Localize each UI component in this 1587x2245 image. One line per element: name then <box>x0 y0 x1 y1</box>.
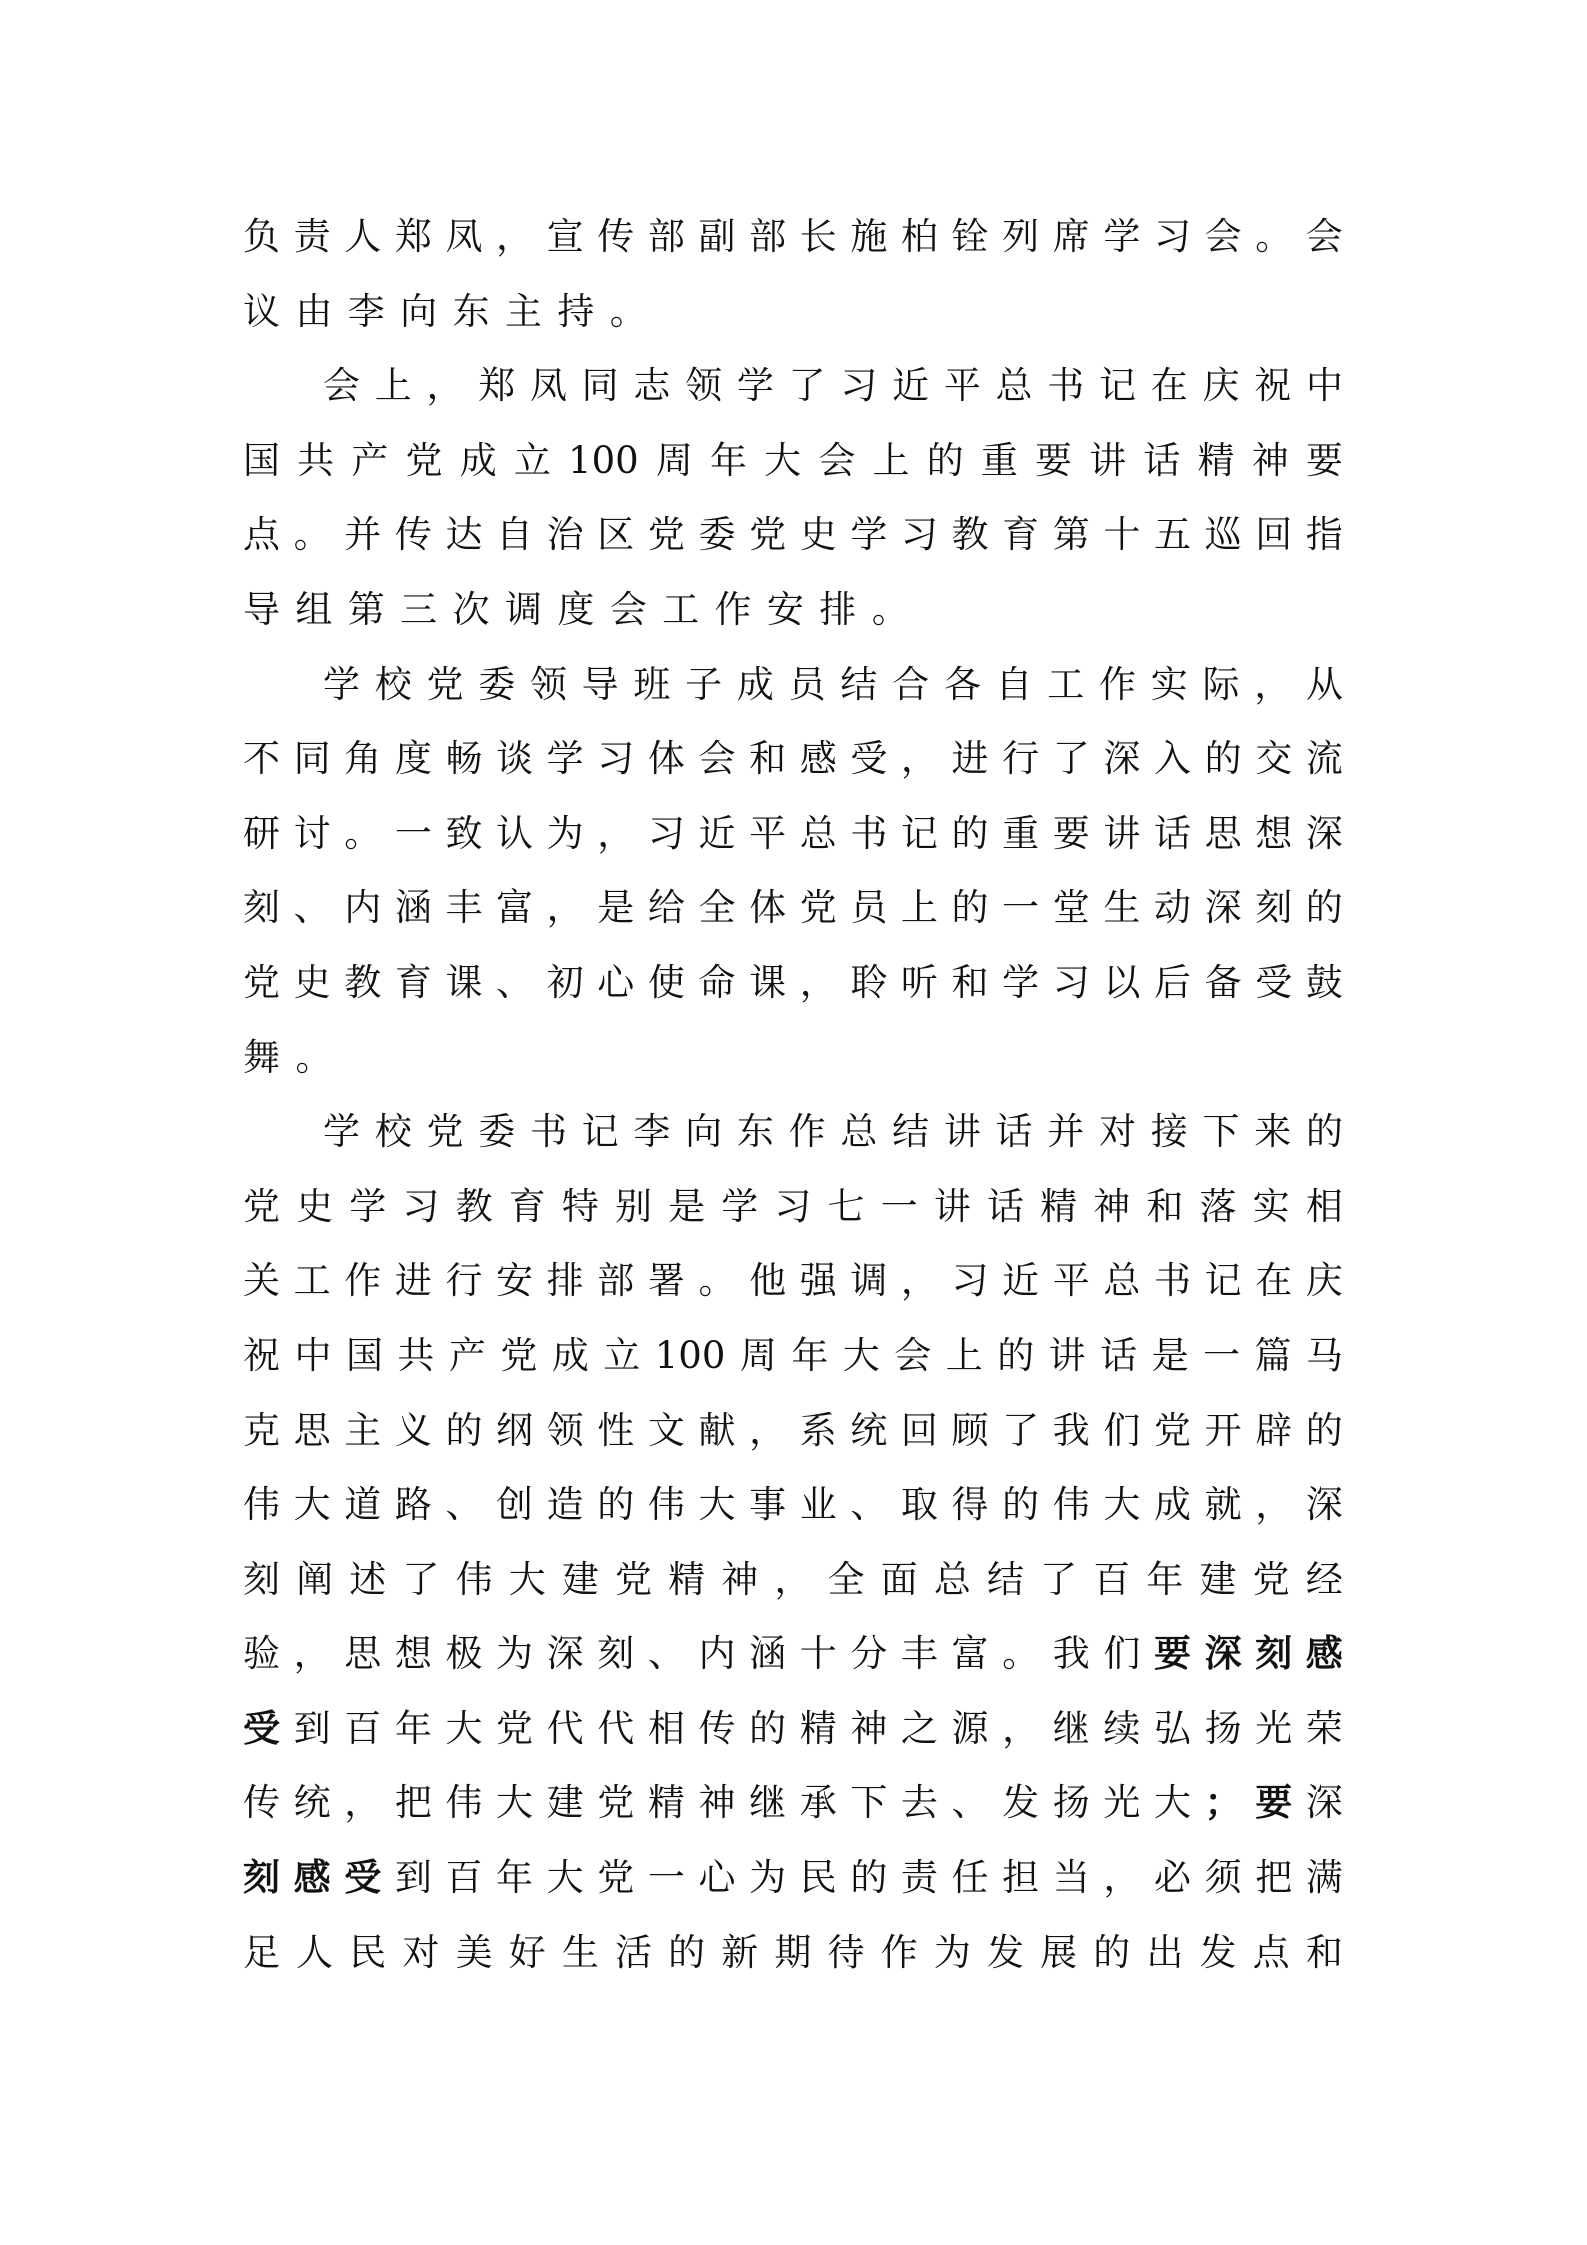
glyph: 深 <box>1306 797 1343 872</box>
glyph: 近 <box>698 797 735 872</box>
glyph: 学 <box>737 349 774 424</box>
glyph: 业 <box>800 1468 837 1543</box>
glyph: 部 <box>648 200 685 275</box>
glyph: 祝 <box>1254 349 1291 424</box>
text-line: 伟大道路、创造的伟大事业、取得的伟大成就，深 <box>243 1468 1343 1543</box>
glyph: 。 <box>295 1021 347 1096</box>
glyph: 不 <box>243 722 280 797</box>
glyph: 强 <box>800 1244 837 1319</box>
glyph: 党 <box>243 946 280 1021</box>
glyph: 同 <box>294 722 331 797</box>
glyph: 为 <box>547 797 584 872</box>
glyph: 思 <box>294 1394 331 1469</box>
glyph: 近 <box>1002 1244 1039 1319</box>
glyph: 实 <box>1253 1170 1290 1245</box>
emphasized-glyph: 刻 <box>243 1841 280 1916</box>
glyph: 大 <box>1154 1766 1191 1841</box>
glyph: 在 <box>1151 349 1188 424</box>
glyph: 大 <box>496 1766 533 1841</box>
glyph: 员 <box>850 871 887 946</box>
glyph: 凤 <box>530 349 567 424</box>
glyph: 伟 <box>648 1468 685 1543</box>
glyph: 建 <box>1200 1543 1237 1618</box>
glyph: 发 <box>1002 1766 1039 1841</box>
glyph: 、 <box>445 1468 482 1543</box>
glyph: 党 <box>426 648 463 723</box>
glyph: 要 <box>1053 797 1090 872</box>
text-line: 足人民对美好生活的新期待作为发展的出发点和 <box>243 1916 1343 1991</box>
glyph: ， <box>1002 1692 1039 1767</box>
glyph: 中 <box>294 1319 331 1394</box>
glyph: 成 <box>1154 1468 1191 1543</box>
glyph: 畅 <box>445 722 482 797</box>
glyph: 民 <box>800 1841 837 1916</box>
glyph: 柏 <box>901 200 938 275</box>
glyph: 顾 <box>952 1394 989 1469</box>
glyph: 志 <box>633 349 670 424</box>
emphasized-glyph: 要 <box>1255 1766 1292 1841</box>
glyph: 人 <box>344 200 381 275</box>
glyph: 度 <box>557 573 609 648</box>
glyph: 书 <box>1154 1244 1191 1319</box>
glyph: 极 <box>445 1617 482 1692</box>
glyph: 下 <box>850 1766 887 1841</box>
glyph: 大 <box>1103 1468 1140 1543</box>
glyph: 立 <box>514 424 551 499</box>
glyph: 在 <box>1255 1244 1292 1319</box>
glyph: 生 <box>562 1916 599 1991</box>
glyph: 祝 <box>243 1319 280 1394</box>
text-line: 克思主义的纲领性文献，系统回顾了我们党开辟的 <box>243 1394 1343 1469</box>
glyph: 责 <box>294 200 331 275</box>
glyph: 副 <box>698 200 735 275</box>
glyph: 进 <box>395 1244 432 1319</box>
text-line: 验，思想极为深刻、内涵十分丰富。我们要深刻感 <box>243 1617 1343 1692</box>
glyph: 相 <box>1306 1170 1343 1245</box>
glyph: 面 <box>881 1543 918 1618</box>
glyph: 当 <box>1053 1841 1090 1916</box>
glyph: 满 <box>1306 1841 1343 1916</box>
glyph: 的 <box>445 1394 482 1469</box>
glyph: 、 <box>648 1617 685 1692</box>
glyph: 续 <box>1103 1692 1140 1767</box>
glyph: 铨 <box>952 200 989 275</box>
glyph: 总 <box>840 1095 877 1170</box>
glyph: 年 <box>710 424 747 499</box>
glyph: 为 <box>496 1617 533 1692</box>
glyph: 近 <box>892 349 929 424</box>
glyph: 涵 <box>395 871 432 946</box>
glyph: 百 <box>344 1692 381 1767</box>
glyph: 统 <box>850 1394 887 1469</box>
glyph: 学 <box>323 648 360 723</box>
glyph: 党 <box>597 1766 634 1841</box>
glyph: 的 <box>1093 1916 1130 1991</box>
glyph: ， <box>901 1244 938 1319</box>
glyph: 同 <box>582 349 619 424</box>
glyph: 是 <box>597 871 634 946</box>
glyph: 重 <box>981 424 1018 499</box>
glyph: 体 <box>749 871 786 946</box>
glyph: 义 <box>395 1394 432 1469</box>
glyph: 、 <box>294 871 331 946</box>
glyph: 第 <box>1053 498 1090 573</box>
glyph: 以 <box>1103 946 1140 1021</box>
glyph: ， <box>1254 648 1291 723</box>
text-line: 研讨。一致认为，习近平总书记的重要讲话思想深 <box>243 797 1343 872</box>
glyph: 三 <box>400 573 452 648</box>
glyph: 并 <box>1047 1095 1084 1170</box>
glyph: 的 <box>1306 1095 1343 1170</box>
glyph: 一 <box>648 1841 685 1916</box>
glyph: 回 <box>1255 498 1292 573</box>
glyph: 神 <box>698 1766 735 1841</box>
glyph: 领 <box>530 648 567 723</box>
glyph: 十 <box>1103 498 1140 573</box>
glyph: 是 <box>668 1170 705 1245</box>
glyph: 心 <box>698 1841 735 1916</box>
glyph: ， <box>426 349 463 424</box>
glyph: 作 <box>881 1916 918 1991</box>
glyph: 致 <box>445 797 482 872</box>
glyph: 立 <box>603 1319 640 1394</box>
glyph: 期 <box>774 1916 811 1991</box>
glyph: 一 <box>1002 871 1039 946</box>
glyph: 刻 <box>243 871 280 946</box>
glyph: 教 <box>952 498 989 573</box>
glyph: 周 <box>740 1319 777 1394</box>
glyph: 排 <box>547 1244 584 1319</box>
glyph: 想 <box>395 1617 432 1692</box>
glyph: 书 <box>530 1095 567 1170</box>
glyph: 治 <box>547 498 584 573</box>
glyph: 深 <box>547 1617 584 1692</box>
glyph: 之 <box>901 1692 938 1767</box>
glyph: 凤 <box>445 200 482 275</box>
glyph: 讲 <box>1089 424 1126 499</box>
glyph: 为 <box>749 1841 786 1916</box>
glyph: 郑 <box>395 200 432 275</box>
glyph: 的 <box>997 1319 1034 1394</box>
glyph: 导 <box>243 573 295 648</box>
glyph: 书 <box>1047 349 1084 424</box>
glyph: 马 <box>1306 1319 1343 1394</box>
glyph: 习 <box>774 1170 811 1245</box>
glyph: 庆 <box>1202 349 1239 424</box>
glyph: 党 <box>597 1841 634 1916</box>
glyph: 路 <box>395 1468 432 1543</box>
glyph: 党 <box>500 1319 537 1394</box>
glyph: 会 <box>323 349 360 424</box>
glyph: 习 <box>648 797 685 872</box>
glyph: 列 <box>1002 200 1039 275</box>
glyph: 校 <box>375 1095 412 1170</box>
glyph: 流 <box>1306 722 1343 797</box>
glyph: 使 <box>648 946 685 1021</box>
text-line: 祝中国共产党成立100周年大会上的讲话是一篇马 <box>243 1319 1343 1394</box>
glyph: 委 <box>478 1095 515 1170</box>
glyph: 刻 <box>597 1617 634 1692</box>
glyph: 结 <box>840 648 877 723</box>
glyph: 课 <box>445 946 482 1021</box>
glyph: 育 <box>509 1170 546 1245</box>
glyph: 内 <box>344 871 381 946</box>
glyph: 为 <box>934 1916 971 1991</box>
glyph: 郑 <box>478 349 515 424</box>
glyph: 要 <box>1306 424 1343 499</box>
glyph: 全 <box>698 871 735 946</box>
glyph: 五 <box>1154 498 1191 573</box>
glyph: ， <box>1255 1468 1292 1543</box>
glyph: 由 <box>295 275 347 350</box>
glyph: 百 <box>445 1841 482 1916</box>
glyph: 大 <box>547 1841 584 1916</box>
glyph: 把 <box>1255 1841 1292 1916</box>
glyph: 伟 <box>445 1766 482 1841</box>
glyph: 进 <box>952 722 989 797</box>
glyph: ， <box>800 946 837 1021</box>
glyph: 传 <box>698 1692 735 1767</box>
glyph: 讲 <box>1049 1319 1086 1394</box>
glyph: 和 <box>1306 1916 1343 1991</box>
text-line: 党史教育课、初心使命课，聆听和学习以后备受鼓 <box>243 946 1343 1021</box>
glyph: 光 <box>1255 1692 1292 1767</box>
glyph: 上 <box>873 424 910 499</box>
glyph: 想 <box>1255 797 1292 872</box>
glyph: 巡 <box>1205 498 1242 573</box>
glyph: 中 <box>1306 349 1343 424</box>
glyph: 会 <box>894 1319 931 1394</box>
glyph: 习 <box>1154 200 1191 275</box>
emphasized-glyph: 感 <box>1306 1617 1343 1692</box>
glyph: 回 <box>901 1394 938 1469</box>
glyph: 长 <box>800 200 837 275</box>
glyph: 书 <box>850 797 887 872</box>
glyph: 关 <box>243 1244 280 1319</box>
glyph: 年 <box>496 1841 533 1916</box>
glyph: 李 <box>633 1095 670 1170</box>
glyph: 度 <box>395 722 432 797</box>
glyph: 成 <box>460 424 497 499</box>
glyph: 部 <box>597 1244 634 1319</box>
glyph: 神 <box>850 1692 887 1767</box>
glyph: 会 <box>1205 200 1242 275</box>
glyph: 话 <box>987 1170 1024 1245</box>
glyph: 们 <box>1103 1394 1140 1469</box>
text-line: 学校党委书记李向东作总结讲话并对接下来的 <box>243 1095 1343 1170</box>
glyph: 导 <box>582 648 619 723</box>
glyph: 了 <box>789 349 826 424</box>
glyph: 成 <box>737 648 774 723</box>
glyph: 了 <box>402 1543 439 1618</box>
glyph: 党 <box>426 1095 463 1170</box>
glyph: 扬 <box>1053 1766 1090 1841</box>
glyph: 我 <box>1053 1617 1090 1692</box>
glyph: 年 <box>791 1319 828 1394</box>
glyph: 各 <box>944 648 981 723</box>
glyph: 伟 <box>456 1543 493 1618</box>
glyph: 校 <box>375 648 412 723</box>
text-line: 点。并传达自治区党委党史学习教育第十五巡回指 <box>243 498 1343 573</box>
glyph: 100 <box>655 1319 726 1394</box>
glyph: 持 <box>557 275 609 350</box>
glyph: 。 <box>294 498 331 573</box>
glyph: 排 <box>819 573 871 648</box>
text-line: 导组第三次调度会工作安排。 <box>243 573 1343 648</box>
glyph: 。 <box>872 573 924 648</box>
glyph: 组 <box>295 573 347 648</box>
glyph: 并 <box>344 498 381 573</box>
glyph: 工 <box>294 1244 331 1319</box>
glyph: 李 <box>348 275 400 350</box>
glyph: 上 <box>901 871 938 946</box>
glyph: 内 <box>698 1617 735 1692</box>
glyph: 主 <box>344 1394 381 1469</box>
glyph: 党 <box>615 1543 652 1618</box>
glyph: 精 <box>648 1766 685 1841</box>
glyph: 记 <box>1099 349 1136 424</box>
glyph: 落 <box>1200 1170 1237 1245</box>
glyph: 习 <box>840 349 877 424</box>
text-line: 刻感受到百年大党一心为民的责任担当，必须把满 <box>243 1841 1343 1916</box>
glyph: 话 <box>1154 797 1191 872</box>
glyph: 纲 <box>496 1394 533 1469</box>
glyph: 平 <box>944 349 981 424</box>
glyph: 的 <box>1306 1394 1343 1469</box>
glyph: 听 <box>901 946 938 1021</box>
glyph: 产 <box>351 424 388 499</box>
glyph: 研 <box>243 797 280 872</box>
glyph: 富 <box>496 871 533 946</box>
glyph: 富 <box>952 1617 989 1692</box>
glyph: 作 <box>715 573 767 648</box>
glyph: 道 <box>344 1468 381 1543</box>
document-page: 负责人郑凤，宣传部副部长施柏铨列席学习会。会议由李向东主持。会上，郑凤同志领学了… <box>0 0 1587 2245</box>
glyph: 总 <box>1103 1244 1140 1319</box>
glyph: 、 <box>496 946 533 1021</box>
glyph: 次 <box>453 573 505 648</box>
emphasized-glyph: 刻 <box>1255 1617 1292 1692</box>
glyph: 七 <box>828 1170 865 1245</box>
glyph: 初 <box>547 946 584 1021</box>
glyph: 神 <box>1252 424 1289 499</box>
glyph: 来 <box>1254 1095 1291 1170</box>
glyph: 别 <box>615 1170 652 1245</box>
glyph: 学 <box>1002 946 1039 1021</box>
glyph: 发 <box>987 1916 1024 1991</box>
glyph: 习 <box>952 1244 989 1319</box>
text-line: 刻、内涵丰富，是给全体党员上的一堂生动深刻的 <box>243 871 1343 946</box>
glyph: 史 <box>800 498 837 573</box>
glyph: 了 <box>1040 1543 1077 1618</box>
glyph: 庆 <box>1306 1244 1343 1319</box>
glyph: 党 <box>648 498 685 573</box>
glyph: 史 <box>296 1170 333 1245</box>
glyph: 际 <box>1202 648 1239 723</box>
glyph: 接 <box>1151 1095 1188 1170</box>
glyph: 堂 <box>1053 871 1090 946</box>
glyph: 话 <box>1100 1319 1137 1394</box>
text-line: 关工作进行安排部署。他强调，习近平总书记在庆 <box>243 1244 1343 1319</box>
glyph: 党 <box>749 498 786 573</box>
glyph: 记 <box>1205 1244 1242 1319</box>
glyph: 到 <box>294 1692 331 1767</box>
glyph: 刻 <box>1255 871 1292 946</box>
emphasized-glyph: 深 <box>1205 1617 1242 1692</box>
glyph: 一 <box>881 1170 918 1245</box>
text-line: 舞。 <box>243 1021 1343 1096</box>
glyph: 的 <box>952 797 989 872</box>
glyph: 建 <box>562 1543 599 1618</box>
glyph: 学 <box>721 1170 758 1245</box>
glyph: 文 <box>648 1394 685 1469</box>
emphasized-glyph: 要 <box>1154 1617 1191 1692</box>
glyph: 年 <box>395 1692 432 1767</box>
glyph: 课 <box>749 946 786 1021</box>
glyph: 议 <box>243 275 295 350</box>
glyph: 向 <box>685 1095 722 1170</box>
glyph: 新 <box>721 1916 758 1991</box>
glyph: 的 <box>668 1916 705 1991</box>
glyph: 达 <box>445 498 482 573</box>
glyph: 实 <box>1151 648 1188 723</box>
glyph: 讨 <box>294 797 331 872</box>
glyph: 大 <box>294 1468 331 1543</box>
glyph: ， <box>901 722 938 797</box>
glyph: 聆 <box>850 946 887 1021</box>
glyph: 开 <box>1205 1394 1242 1469</box>
glyph: 性 <box>597 1394 634 1469</box>
glyph: 受 <box>850 722 887 797</box>
glyph: ， <box>496 200 533 275</box>
glyph: 了 <box>1002 1394 1039 1469</box>
glyph: 献 <box>698 1394 735 1469</box>
text-line: 议由李向东主持。 <box>243 275 1343 350</box>
glyph: 足 <box>243 1916 280 1991</box>
glyph: 重 <box>1002 797 1039 872</box>
glyph: 后 <box>1154 946 1191 1021</box>
glyph: 深 <box>1306 1468 1343 1543</box>
glyph: 把 <box>395 1766 432 1841</box>
text-line: 会上，郑凤同志领学了习近平总书记在庆祝中 <box>243 349 1343 424</box>
glyph: 源 <box>952 1692 989 1767</box>
glyph: 习 <box>402 1170 439 1245</box>
glyph: 交 <box>1255 722 1292 797</box>
glyph: 调 <box>505 573 557 648</box>
glyph: 、 <box>952 1766 989 1841</box>
glyph: 思 <box>344 1617 381 1692</box>
glyph: 的 <box>597 1468 634 1543</box>
emphasized-glyph: 受 <box>243 1692 280 1767</box>
glyph: 委 <box>698 498 735 573</box>
glyph: 建 <box>547 1766 584 1841</box>
glyph: 给 <box>648 871 685 946</box>
glyph: 国 <box>346 1319 383 1394</box>
glyph: 部 <box>749 200 786 275</box>
emphasized-glyph: 受 <box>344 1841 381 1916</box>
glyph: 学 <box>1103 200 1140 275</box>
glyph: 伟 <box>1053 1468 1090 1543</box>
glyph: 结 <box>987 1543 1024 1618</box>
glyph: 必 <box>1154 1841 1191 1916</box>
glyph: 篇 <box>1255 1319 1292 1394</box>
glyph: 谈 <box>496 722 533 797</box>
glyph: 点 <box>1253 1916 1290 1991</box>
glyph: 造 <box>547 1468 584 1543</box>
glyph: 的 <box>1002 1468 1039 1543</box>
glyph: 一 <box>395 797 432 872</box>
glyph: 大 <box>698 1468 735 1543</box>
